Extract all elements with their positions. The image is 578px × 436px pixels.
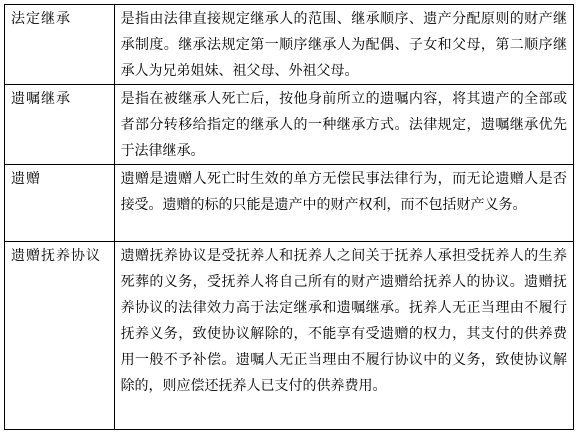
definition-cell: 是指在被继承人死亡后，按他身前所立的遗嘱内容，将其遗产的全部或者部分转移给指定的…: [114, 85, 573, 165]
table-row: 法定继承 是指由法律直接规定继承人的范围、继承顺序、遗产分配原则的财产继承制度。…: [5, 5, 574, 85]
inheritance-terms-table: 法定继承 是指由法律直接规定继承人的范围、继承顺序、遗产分配原则的财产继承制度。…: [4, 4, 574, 430]
term-cell: 法定继承: [5, 5, 115, 85]
term-cell: 遗赠: [5, 165, 115, 242]
table-row: 遗赠抚养协议 遗赠抚养协议是受抚养人和抚养人之间关于抚养人承担受抚养人的生养死葬…: [5, 242, 574, 430]
term-cell: 遗赠抚养协议: [5, 242, 115, 430]
table-row: 遗嘱继承 是指在被继承人死亡后，按他身前所立的遗嘱内容，将其遗产的全部或者部分转…: [5, 85, 574, 165]
definition-cell: 遗赠是遗赠人死亡时生效的单方无偿民事法律行为，而无论遗赠人是否接受。遗赠的标的只…: [114, 165, 573, 242]
definition-cell: 是指由法律直接规定继承人的范围、继承顺序、遗产分配原则的财产继承制度。继承法规定…: [114, 5, 573, 85]
table-row: 遗赠 遗赠是遗赠人死亡时生效的单方无偿民事法律行为，而无论遗赠人是否接受。遗赠的…: [5, 165, 574, 242]
term-cell: 遗嘱继承: [5, 85, 115, 165]
definition-cell: 遗赠抚养协议是受抚养人和抚养人之间关于抚养人承担受抚养人的生养死葬的义务，受抚养…: [114, 242, 573, 430]
